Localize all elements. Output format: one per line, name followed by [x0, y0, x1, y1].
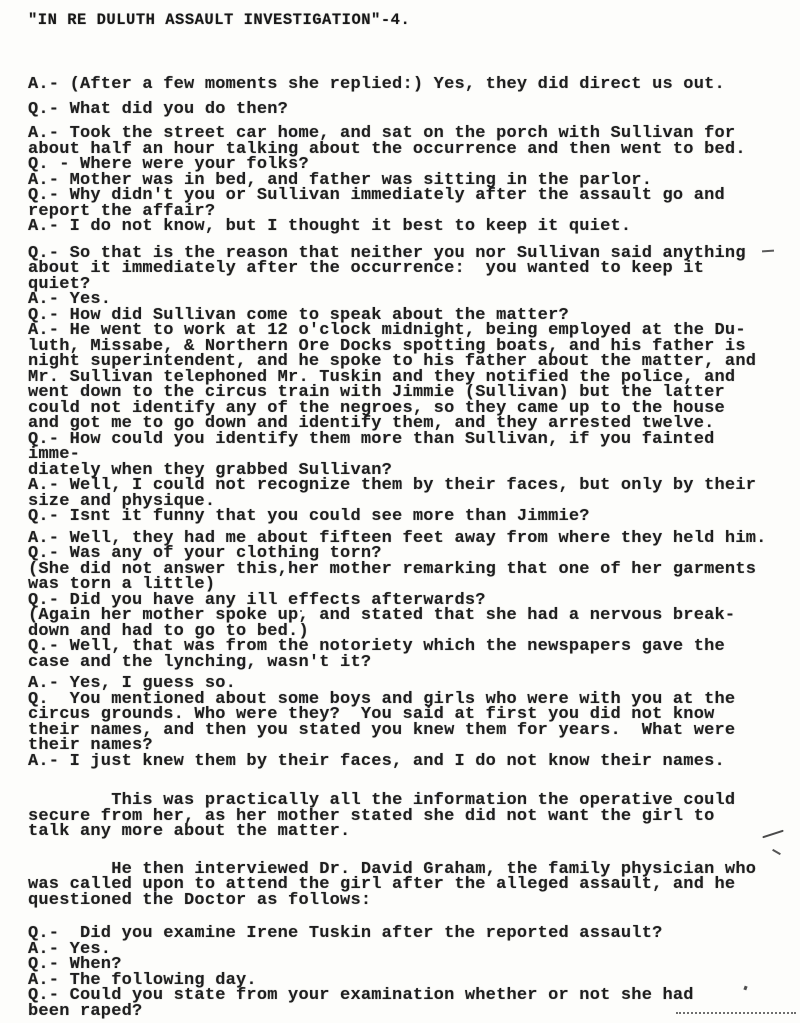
qa-block-1: A.- (After a few moments she replied:) Y… — [28, 77, 776, 93]
qa-block-3: A.- Took the street car home, and sat on… — [28, 126, 776, 235]
narrative-operative-summary: This was practically all the information… — [28, 793, 776, 840]
scanned-typewritten-page: "IN RE DULUTH ASSAULT INVESTIGATION"-4. … — [0, 0, 800, 1023]
narrative-doctor-interview-intro: He then interviewed Dr. David Graham, th… — [28, 862, 776, 909]
qa-block-4: Q.- So that is the reason that neither y… — [28, 246, 776, 525]
document-title: "IN RE DULUTH ASSAULT INVESTIGATION"-4. — [28, 12, 776, 29]
qa-block-2: Q.- What did you do then? — [28, 102, 776, 118]
qa-block-5: A.- Well, they had me about fifteen feet… — [28, 531, 776, 671]
qa-block-doctor: Q.- Did you examine Irene Tuskin after t… — [28, 926, 776, 1019]
scan-artifact-pen-stroke — [772, 849, 781, 855]
qa-block-6: A.- Yes, I guess so. Q. You mentioned ab… — [28, 676, 776, 769]
